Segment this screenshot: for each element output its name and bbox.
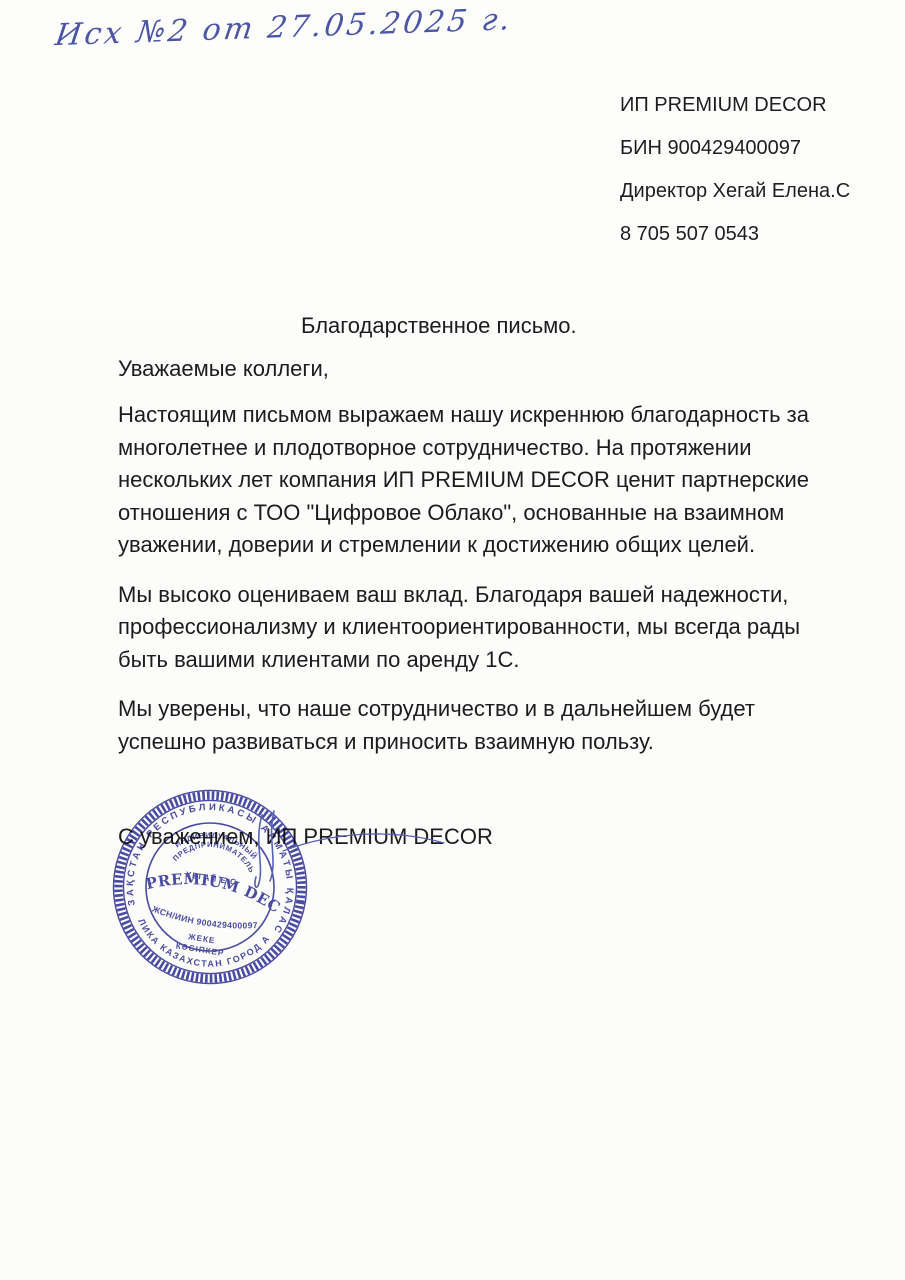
letter-body: Благодарственное письмо. Уважаемые колле… — [118, 310, 818, 758]
scanned-letter-page: Исх №2 от 27.05.2025 г. ИП PREMIUM DECOR… — [0, 0, 905, 1280]
letterhead-phone: 8 705 507 0543 — [620, 213, 850, 256]
handwritten-outgoing-number: Исх №2 от 27.05.2025 г. — [53, 2, 515, 53]
company-round-stamp: ҚАЗАҚСТАН РЕСПУБЛИКАСЫ АЛМАТЫ ҚАЛАСЫ РЕС… — [110, 787, 310, 987]
letter-paragraph: Настоящим письмом выражаем нашу искренню… — [118, 399, 818, 562]
letterhead-bin: БИН 900429400097 — [620, 127, 850, 170]
letterhead-block: ИП PREMIUM DECOR БИН 900429400097 Директ… — [620, 84, 850, 256]
stamp-text-republic-kz: ҚАЗАҚСТАН РЕСПУБЛИКАСЫ АЛМАТЫ ҚАЛАСЫ — [110, 787, 310, 938]
letter-paragraph: Мы высоко оцениваем ваш вклад. Благодаря… — [118, 579, 818, 677]
letter-salutation: Уважаемые коллеги, — [118, 353, 818, 386]
stamp-text-iin: ЖСН/ИИН 900429400097 — [149, 903, 260, 936]
letter-paragraph: Мы уверены, что наше сотрудничество и в … — [118, 693, 818, 758]
letter-title: Благодарственное письмо. — [301, 310, 818, 343]
stamp-svg: ҚАЗАҚСТАН РЕСПУБЛИКАСЫ АЛМАТЫ ҚАЛАСЫ РЕС… — [110, 787, 310, 987]
letterhead-company: ИП PREMIUM DECOR — [620, 84, 850, 127]
letterhead-director: Директор Хегай Елена.С — [620, 170, 850, 213]
